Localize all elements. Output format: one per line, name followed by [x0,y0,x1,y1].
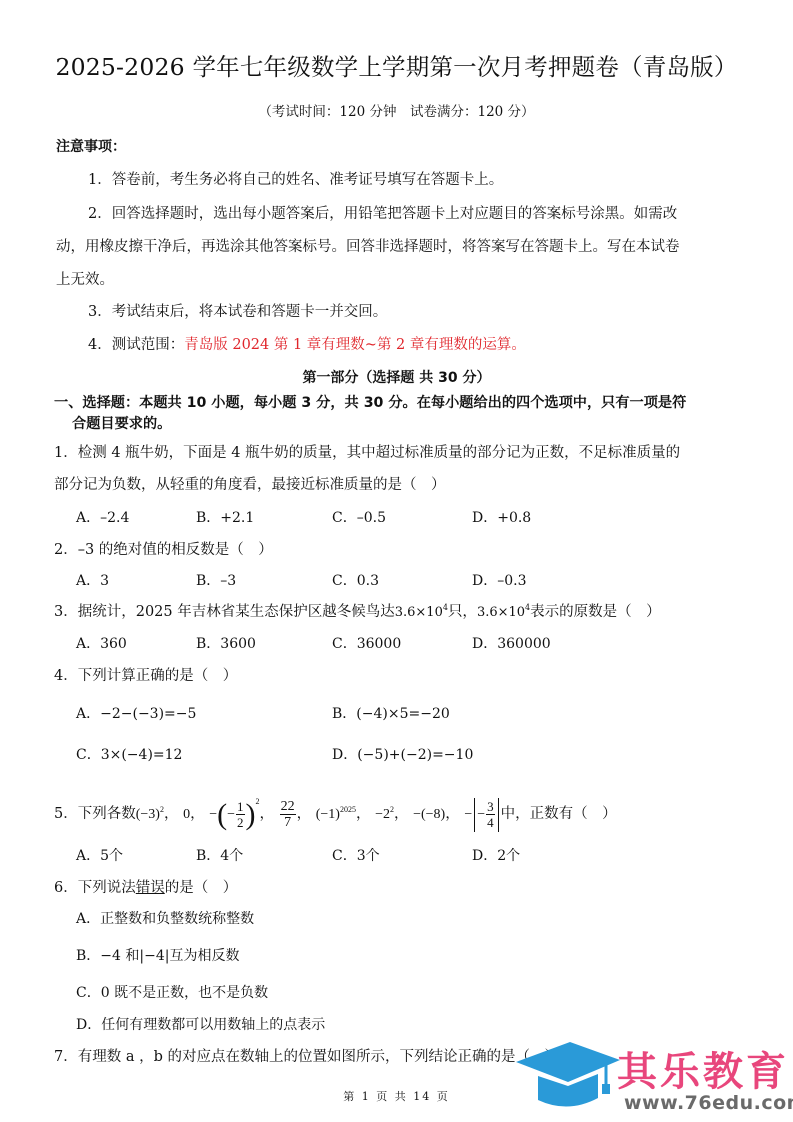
q2-option-c: C．0.3 [332,570,379,590]
notes-heading: 注意事项： [56,136,126,156]
q2-option-b: B．–3 [196,570,236,590]
q2-option-a: A．3 [76,570,109,590]
section-heading-line1: 一、选择题：本题共 10 小题，每小题 3 分，共 30 分。在每小题给出的四个… [54,392,686,412]
watermark-brand: 其乐教育 [617,1040,789,1097]
exam-subtitle: （考试时间：120 分钟 试卷满分：120 分） [0,100,793,120]
part-heading: 第一部分（选择题 共 30 分） [0,367,793,387]
q3-option-c: C．36000 [332,633,401,653]
q6-stem: 6．下列说法错误的是（ ） [54,876,237,897]
q1-option-c: C．–0.5 [332,507,386,527]
q4-option-b: B．(−4)×5=−20 [332,703,450,723]
q5-stem: 5．下列各数(−3)2， 0， −(−12)2， 227， (−1)2025， … [54,784,617,833]
note-3: 3．考试结束后，将本试卷和答题卡一并交回。 [88,300,387,321]
q5-option-b: B．4个 [196,845,243,865]
q4-option-c: C．3×(−4)=12 [76,744,182,764]
q5-term-8: −−34 [464,807,500,822]
q3-stem: 3．据统计，2025 年吉林省某生态保护区越冬候鸟达3.6×104只，3.6×1… [54,600,661,621]
q4-option-d: D．(−5)+(−2)=−10 [332,744,473,764]
q5-suffix: 中，正数有（ ） [501,806,617,822]
q4-option-a: A．−2−(−3)=−5 [76,703,196,723]
q5-option-c: C．3个 [332,845,380,865]
watermark-url: www.76edu.com [624,1092,793,1114]
q3-option-b: B．3600 [196,633,256,653]
q5-term-7: −(−8) [413,807,445,822]
watermark-logo: 其乐教育 www.76edu.com [512,1038,793,1122]
exam-title: 2025-2026 学年七年级数学上学期第一次月考押题卷（青岛版） [0,48,793,82]
q1-option-b: B．+2.1 [196,507,254,527]
q3-sci-1: 3.6×104 [395,605,448,620]
section-heading-line2: 合题目要求的。 [72,413,171,433]
q1-stem-line2: 部分记为负数，从轻重的角度看，最接近标准质量的是（ ） [54,473,446,494]
q5-option-a: A．5个 [76,845,123,865]
q5-prefix: 5．下列各数 [54,806,136,822]
q1-option-a: A．–2.4 [76,507,129,527]
q3-stem-b: 只， [448,604,477,620]
note-4: 4．测试范围：青岛版 2024 第 1 章有理数~第 2 章有理数的运算。 [88,333,526,354]
note-2-line1: 2．回答选择题时，选出每小题答案后，用铅笔把答题卡上对应题目的答案标号涂黑。如需… [88,202,677,223]
q1-option-d: D．+0.8 [472,507,531,527]
q6-emphasis: 错误 [136,880,165,896]
q6-option-c: C．0 既不是正数，也不是负数 [76,982,268,1002]
q5-term-5: (−1)2025 [316,807,356,822]
q2-option-d: D．–0.3 [472,570,527,590]
q2-stem: 2．–3 的绝对值的相反数是（ ） [54,538,273,559]
q3-sci-2: 3.6×104 [477,605,530,620]
q5-option-d: D．2个 [472,845,520,865]
q5-term-6: −22 [375,807,394,822]
q3-stem-c: 表示的原数是（ ） [530,604,661,620]
note-1: 1．答卷前，考生务必将自己的姓名、准考证号填写在答题卡上。 [88,168,503,189]
note-4-prefix: 4．测试范围： [88,337,184,353]
note-2-line3: 上无效。 [56,268,114,289]
q3-stem-a: 3．据统计，2025 年吉林省某生态保护区越冬候鸟达 [54,604,395,620]
q5-term-1: (−3)2 [136,807,164,822]
q6-option-d: D．任何有理数都可以用数轴上的点表示 [76,1014,325,1034]
graduation-cap-icon [512,1038,622,1122]
q5-term-3: −(−12)2 [209,807,259,822]
q5-term-4: 227 [280,799,296,830]
q4-stem: 4．下列计算正确的是（ ） [54,664,237,685]
q6-option-a: A．正整数和负整数统称整数 [76,908,254,928]
note-2-line2: 动，用橡皮擦干净后，再选涂其他答案标号。回答非选择题时，将答案写在答题卡上。写在… [56,235,680,256]
q3-option-d: D．360000 [472,633,551,653]
q6-option-b: B．−4 和|−4|互为相反数 [76,945,239,965]
q7-stem: 7．有理数 a ，b 的对应点在数轴上的位置如图所示，下列结论正确的是（ ） [54,1045,559,1066]
q1-stem-line1: 1．检测 4 瓶牛奶，下面是 4 瓶牛奶的质量，其中超过标准质量的部分记为正数，… [54,441,680,462]
test-scope: 青岛版 2024 第 1 章有理数~第 2 章有理数的运算。 [184,337,526,353]
q3-option-a: A．360 [76,633,127,653]
